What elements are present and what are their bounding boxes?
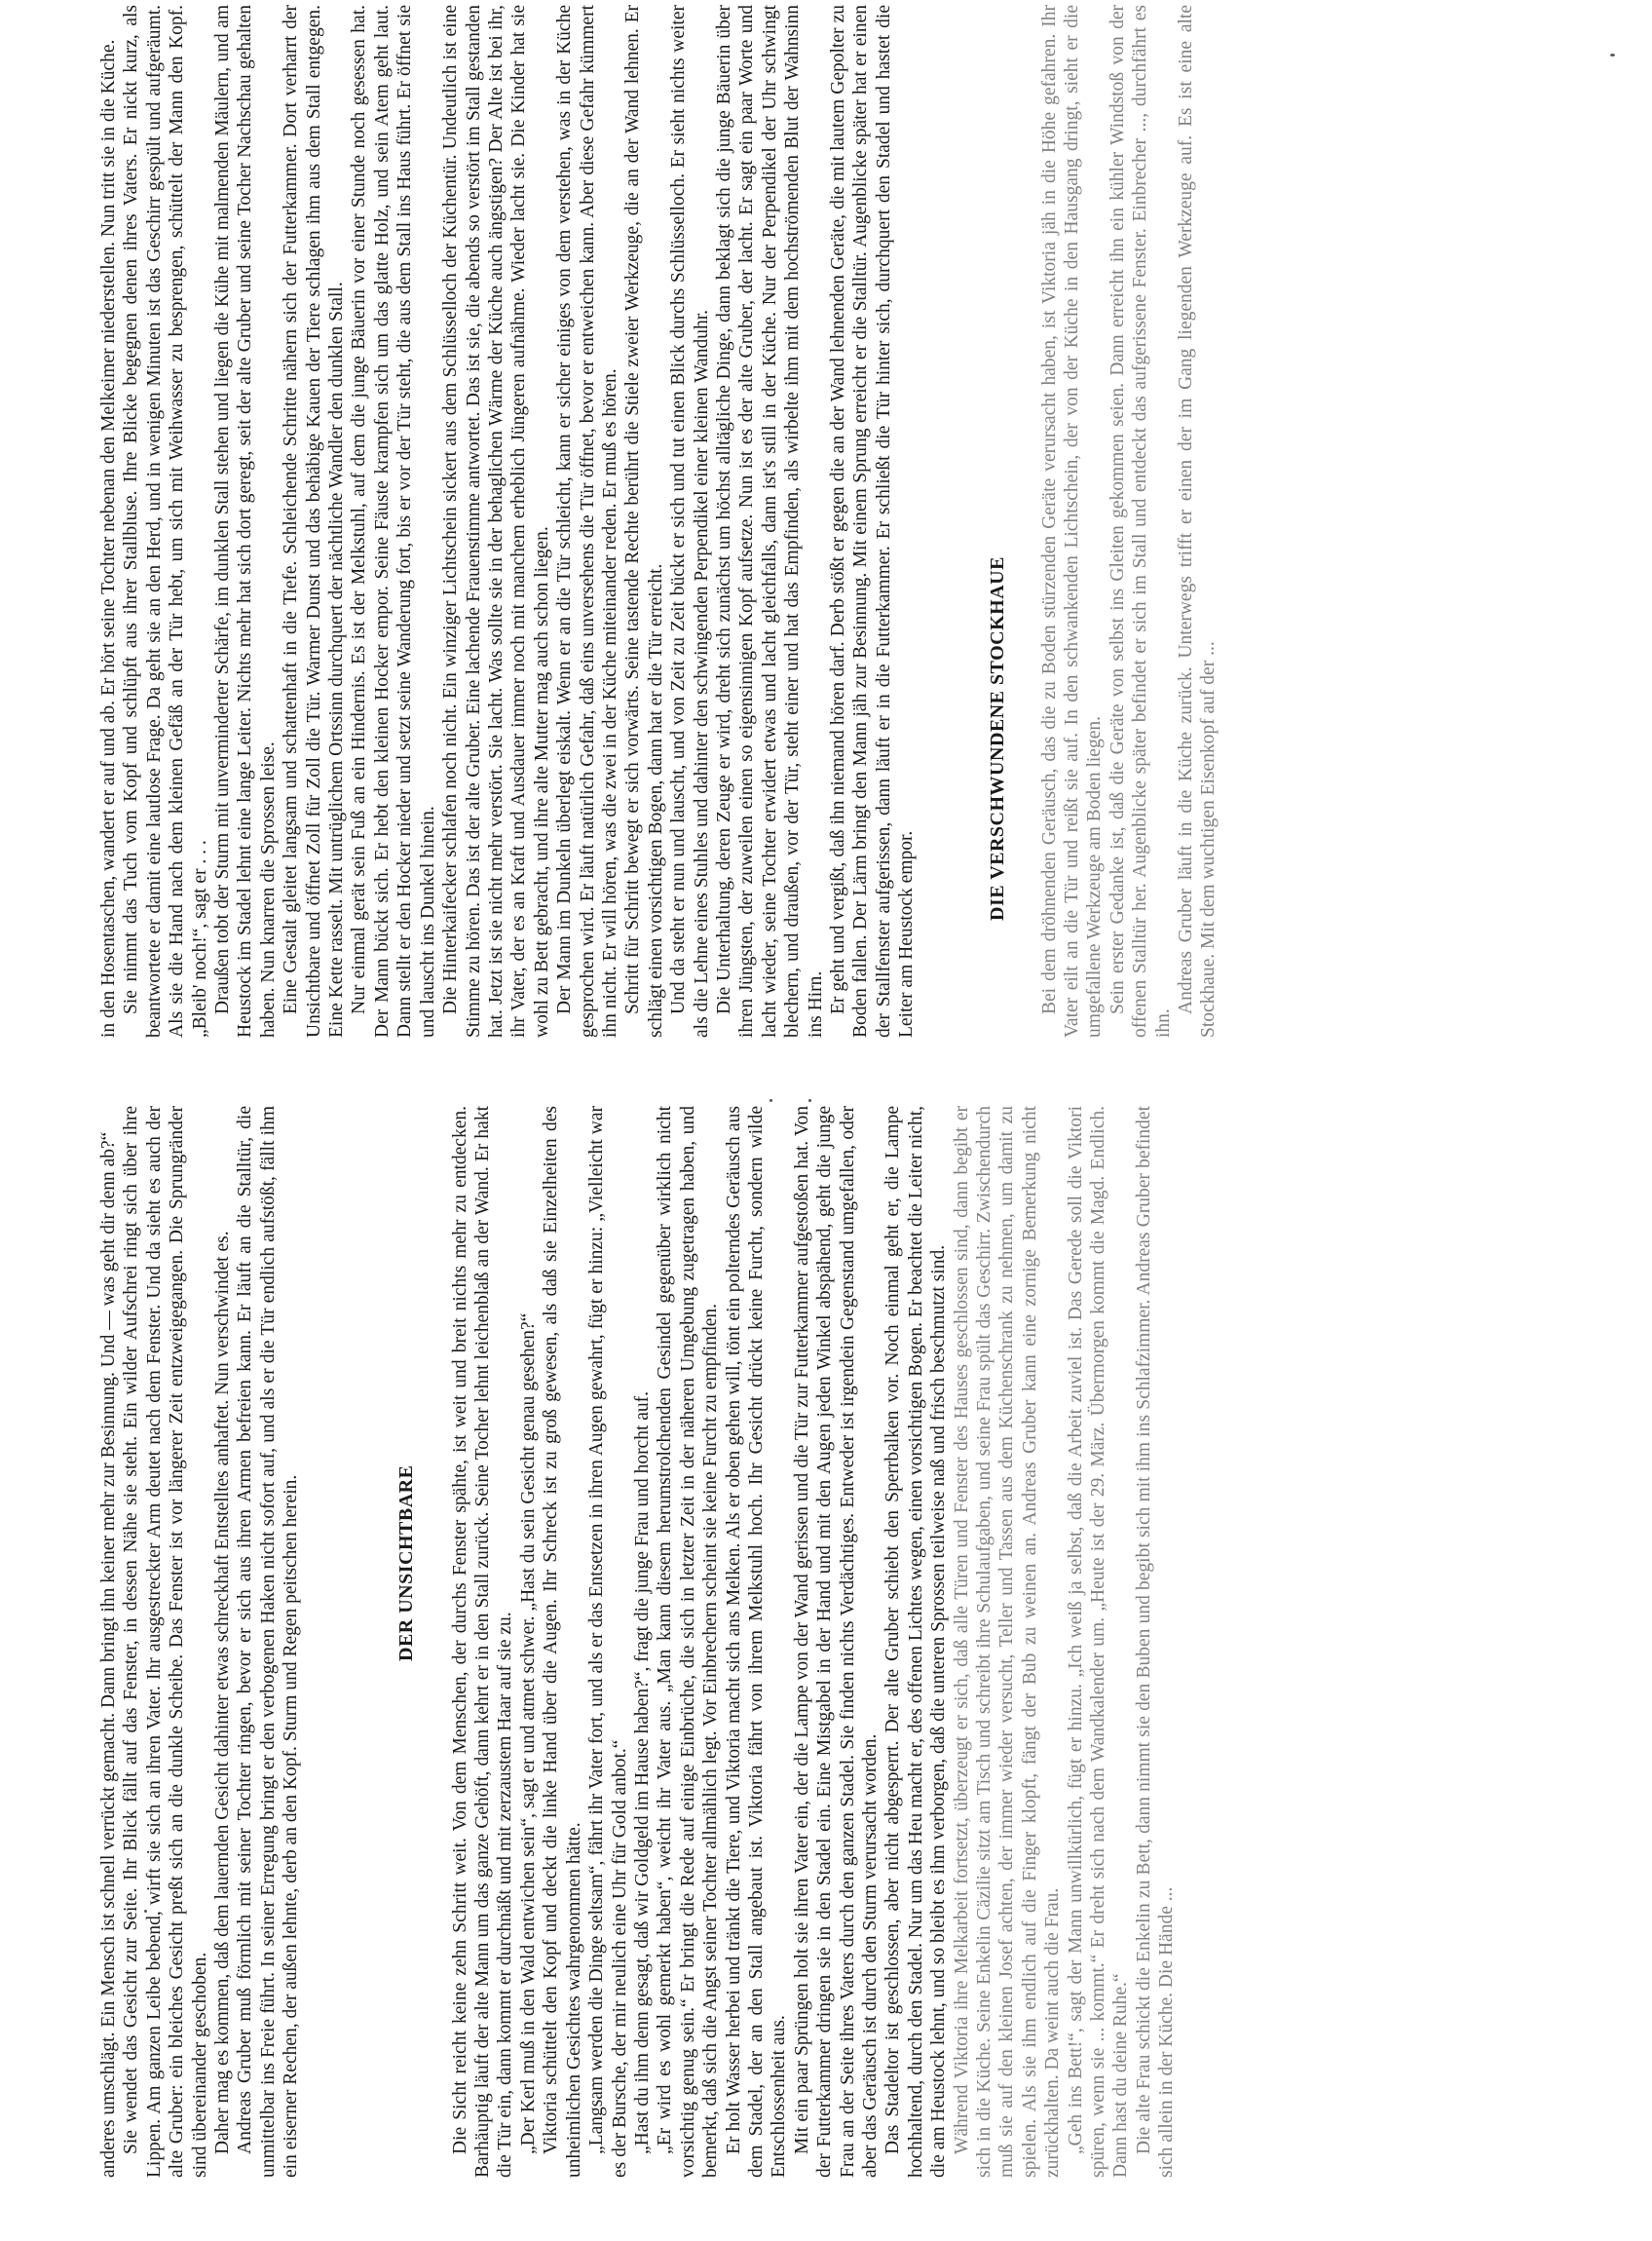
paragraph: Der Mann im Dunkeln überlegt eiskalt. We… — [553, 5, 621, 1038]
paragraph: Die Sicht reicht keine zehn Schritt weit… — [449, 1106, 517, 2178]
paragraph: Sie wendet das Gesicht zur Seite. Ihr Bl… — [120, 1106, 211, 2178]
top-column-2: Bei dem dröhnenden Geräusch, das die zu … — [1038, 5, 1220, 1038]
paragraph: Daher mag es kommen, daß dem lauernden G… — [211, 1106, 234, 2178]
paragraph: Andreas Gruber muß förmlich mit seiner T… — [234, 1106, 302, 2178]
paragraph: Andreas Gruber läuft in die Küche zurück… — [1175, 5, 1220, 1038]
paragraph: „Er wird es wohl gemerkt haben“, weicht … — [654, 1106, 722, 2178]
paragraph: „Der Kerl muß in den Wald entwichen sein… — [517, 1106, 540, 2178]
paragraph: Die Hinterkaifecker schlafen noch nicht.… — [439, 5, 553, 1038]
paragraph: Mit ein paar Sprüngen holt sie ihren Vat… — [791, 1106, 882, 2178]
paragraph: Sie nimmt das Tuch vom Kopf und schlüpft… — [120, 5, 211, 1038]
bottom-column-1: anderes umschlägt. Ein Mensch ist schnel… — [97, 1106, 1179, 2178]
scan-speck — [1610, 54, 1615, 57]
paragraph: „Langsam werden die Dinge seltsam“, fähr… — [585, 1106, 631, 2178]
paragraph: „Geh ins Bett!“, sagt der Mann unwillkür… — [1065, 1106, 1133, 2178]
paragraph: Das Stadeltor ist geschlossen, aber nich… — [882, 1106, 950, 2178]
paragraph: anderes umschlägt. Ein Mensch ist schnel… — [97, 1106, 120, 2178]
paragraph: Die Unterhaltung, deren Zeuge er wird, d… — [713, 5, 827, 1038]
paragraph: Er geht und vergißt, daß ihn niemand hör… — [827, 5, 919, 1038]
paragraph: Viktoria schüttelt den Kopf und deckt di… — [540, 1106, 585, 2178]
paragraph: in den Hosentaschen, wandert er auf und … — [97, 5, 120, 1038]
paragraph: Draußen tobt der Sturm mit unverminderte… — [211, 5, 280, 1038]
paragraph: Die alte Frau schickt die Enkelin zu Bet… — [1133, 1106, 1179, 2178]
paragraph: Bei dem dröhnenden Geräusch, das die zu … — [1038, 5, 1107, 1038]
section-heading-stockhaue: DIE VERSCHWUNDENE STOCKHAUE — [987, 5, 1009, 1038]
scan-speck — [808, 1099, 811, 1102]
paragraph: Er holt Wasser herbei und tränkt die Tie… — [723, 1106, 791, 2178]
section-heading-unsichtbare: DER UNSICHTBARE — [395, 1106, 418, 2178]
scan-speck — [770, 1099, 772, 1102]
paragraph: Sein erster Gedanke ist, daß die Geräte … — [1107, 5, 1175, 1038]
scan-speck — [144, 1910, 147, 1913]
paragraph: Schritt für Schritt bewegt er sich vorwä… — [621, 5, 667, 1038]
top-half-article: in den Hosentaschen, wandert er auf und … — [97, 5, 1627, 1038]
paragraph: Eine Gestalt gleitet langsam und schatte… — [280, 5, 348, 1038]
bottom-half-article: anderes umschlägt. Ein Mensch ist schnel… — [97, 1106, 1627, 2178]
top-column-1: in den Hosentaschen, wandert er auf und … — [97, 5, 1220, 1038]
paragraph: Nur einmal gerät sein Fuß an ein Hindern… — [348, 5, 439, 1038]
paragraph: Und da steht er nun und lauscht, und von… — [667, 5, 713, 1038]
paragraph: „Hast du ihm denn gesagt, daß wir Goldge… — [631, 1106, 654, 2178]
paragraph: Während Viktoria ihre Melkarbeit fortset… — [951, 1106, 1065, 2178]
